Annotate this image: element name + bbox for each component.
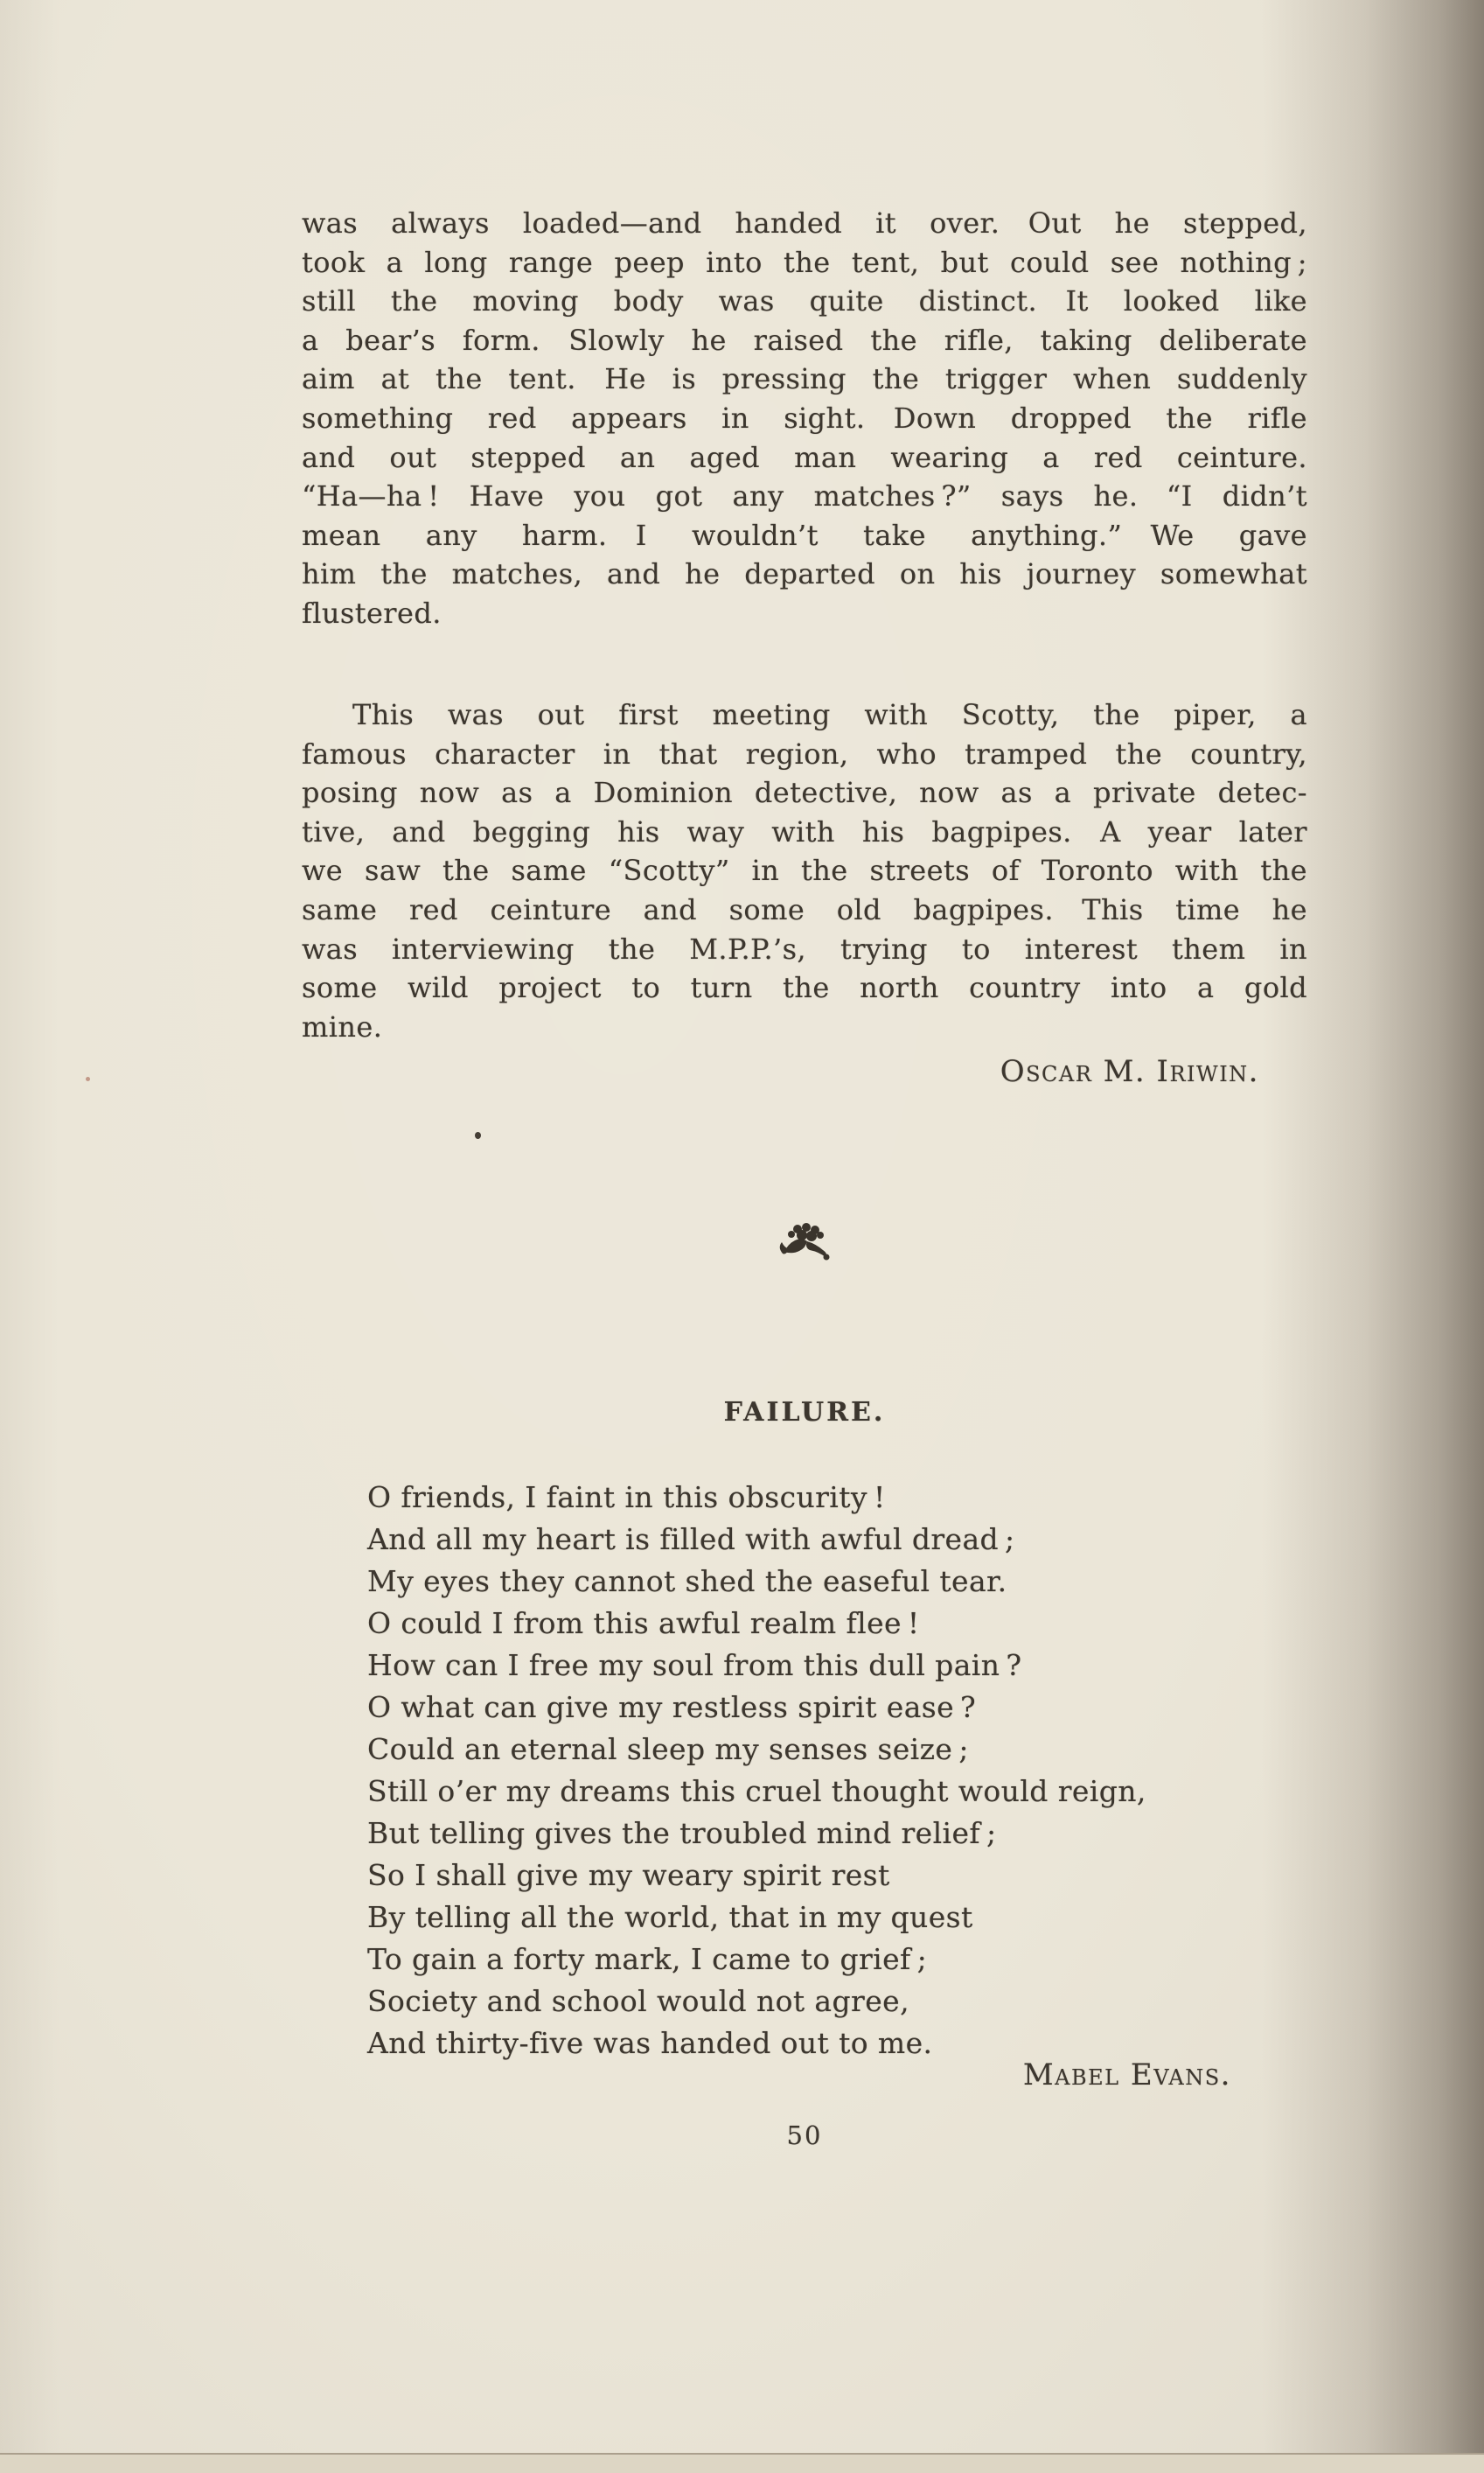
fleuron-icon	[774, 1221, 835, 1267]
prose-line: and out stepped an aged man wearing a re…	[302, 438, 1307, 478]
prose-line: was interviewing the M.P.P.’s, trying to…	[302, 930, 1307, 969]
prose-line: same red ceinture and some old bagpipes.…	[302, 891, 1307, 930]
fleuron-ornament	[774, 1221, 835, 1267]
paragraph-scotty: This was out first meeting with Scotty, …	[302, 695, 1307, 1046]
ink-speck	[86, 1077, 90, 1081]
poem-line: So I shall give my weary spirit rest	[367, 1855, 1347, 1897]
prose-line: This was out first meeting with Scotty, …	[302, 695, 1307, 735]
poem-line: Society and school would not agree,	[367, 1980, 1347, 2022]
prose-line: was always loaded—and handed it over. Ou…	[302, 204, 1307, 243]
ink-speck	[475, 1132, 481, 1139]
prose-line: mine.	[302, 1008, 1307, 1047]
author-signature-mabel: Mabel Evans.	[302, 2057, 1231, 2092]
poem-line: O what can give my restless spirit ease …	[367, 1687, 1347, 1729]
poem-line: To gain a forty mark, I came to grief ;	[367, 1939, 1347, 1980]
prose-line: a bear’s form. Slowly he raised the rifl…	[302, 321, 1307, 360]
poem-line: O friends, I faint in this obscurity !	[367, 1477, 1347, 1519]
prose-line: posing now as a Dominion detective, now …	[302, 773, 1307, 813]
prose-line: flustered.	[302, 594, 1307, 633]
page-number: 50	[302, 2120, 1307, 2150]
poem-line: By telling all the world, that in my que…	[367, 1897, 1347, 1939]
poem-line: Could an eternal sleep my senses seize ;	[367, 1729, 1347, 1771]
poem-line: And all my heart is filled with awful dr…	[367, 1519, 1347, 1561]
poem-line: How can I free my soul from this dull pa…	[367, 1645, 1347, 1687]
prose-line: tive, and begging his way with his bagpi…	[302, 813, 1307, 852]
prose-line: still the moving body was quite distinct…	[302, 282, 1307, 321]
prose-line: him the matches, and he departed on his …	[302, 555, 1307, 594]
poem-failure: O friends, I faint in this obscurity ! A…	[367, 1477, 1347, 2064]
poem-line: O could I from this awful realm flee !	[367, 1603, 1347, 1645]
author-signature-oscar: Oscar M. Iriwin.	[302, 1054, 1259, 1089]
prose-line: famous character in that region, who tra…	[302, 735, 1307, 774]
poem-line: Still o’er my dreams this cruel thought …	[367, 1771, 1347, 1813]
page-bottom-edge	[0, 2453, 1484, 2473]
prose-line: took a long range peep into the tent, bu…	[302, 243, 1307, 283]
paragraph-anecdote: was always loaded—and handed it over. Ou…	[302, 204, 1307, 633]
book-page: was always loaded—and handed it over. Ou…	[0, 0, 1484, 2473]
prose-line: we saw the same “Scotty” in the streets …	[302, 851, 1307, 891]
poem-line: But telling gives the troubled mind reli…	[367, 1813, 1347, 1855]
prose-line: mean any harm. I wouldn’t take anything.…	[302, 516, 1307, 555]
poem-title: FAILURE.	[302, 1397, 1307, 1428]
prose-line: aim at the tent. He is pressing the trig…	[302, 360, 1307, 399]
poem-line: My eyes they cannot shed the easeful tea…	[367, 1561, 1347, 1603]
prose-line: something red appears in sight. Down dro…	[302, 399, 1307, 438]
prose-line: “Ha—ha ! Have you got any matches ?” say…	[302, 477, 1307, 516]
prose-line: some wild project to turn the north coun…	[302, 968, 1307, 1008]
